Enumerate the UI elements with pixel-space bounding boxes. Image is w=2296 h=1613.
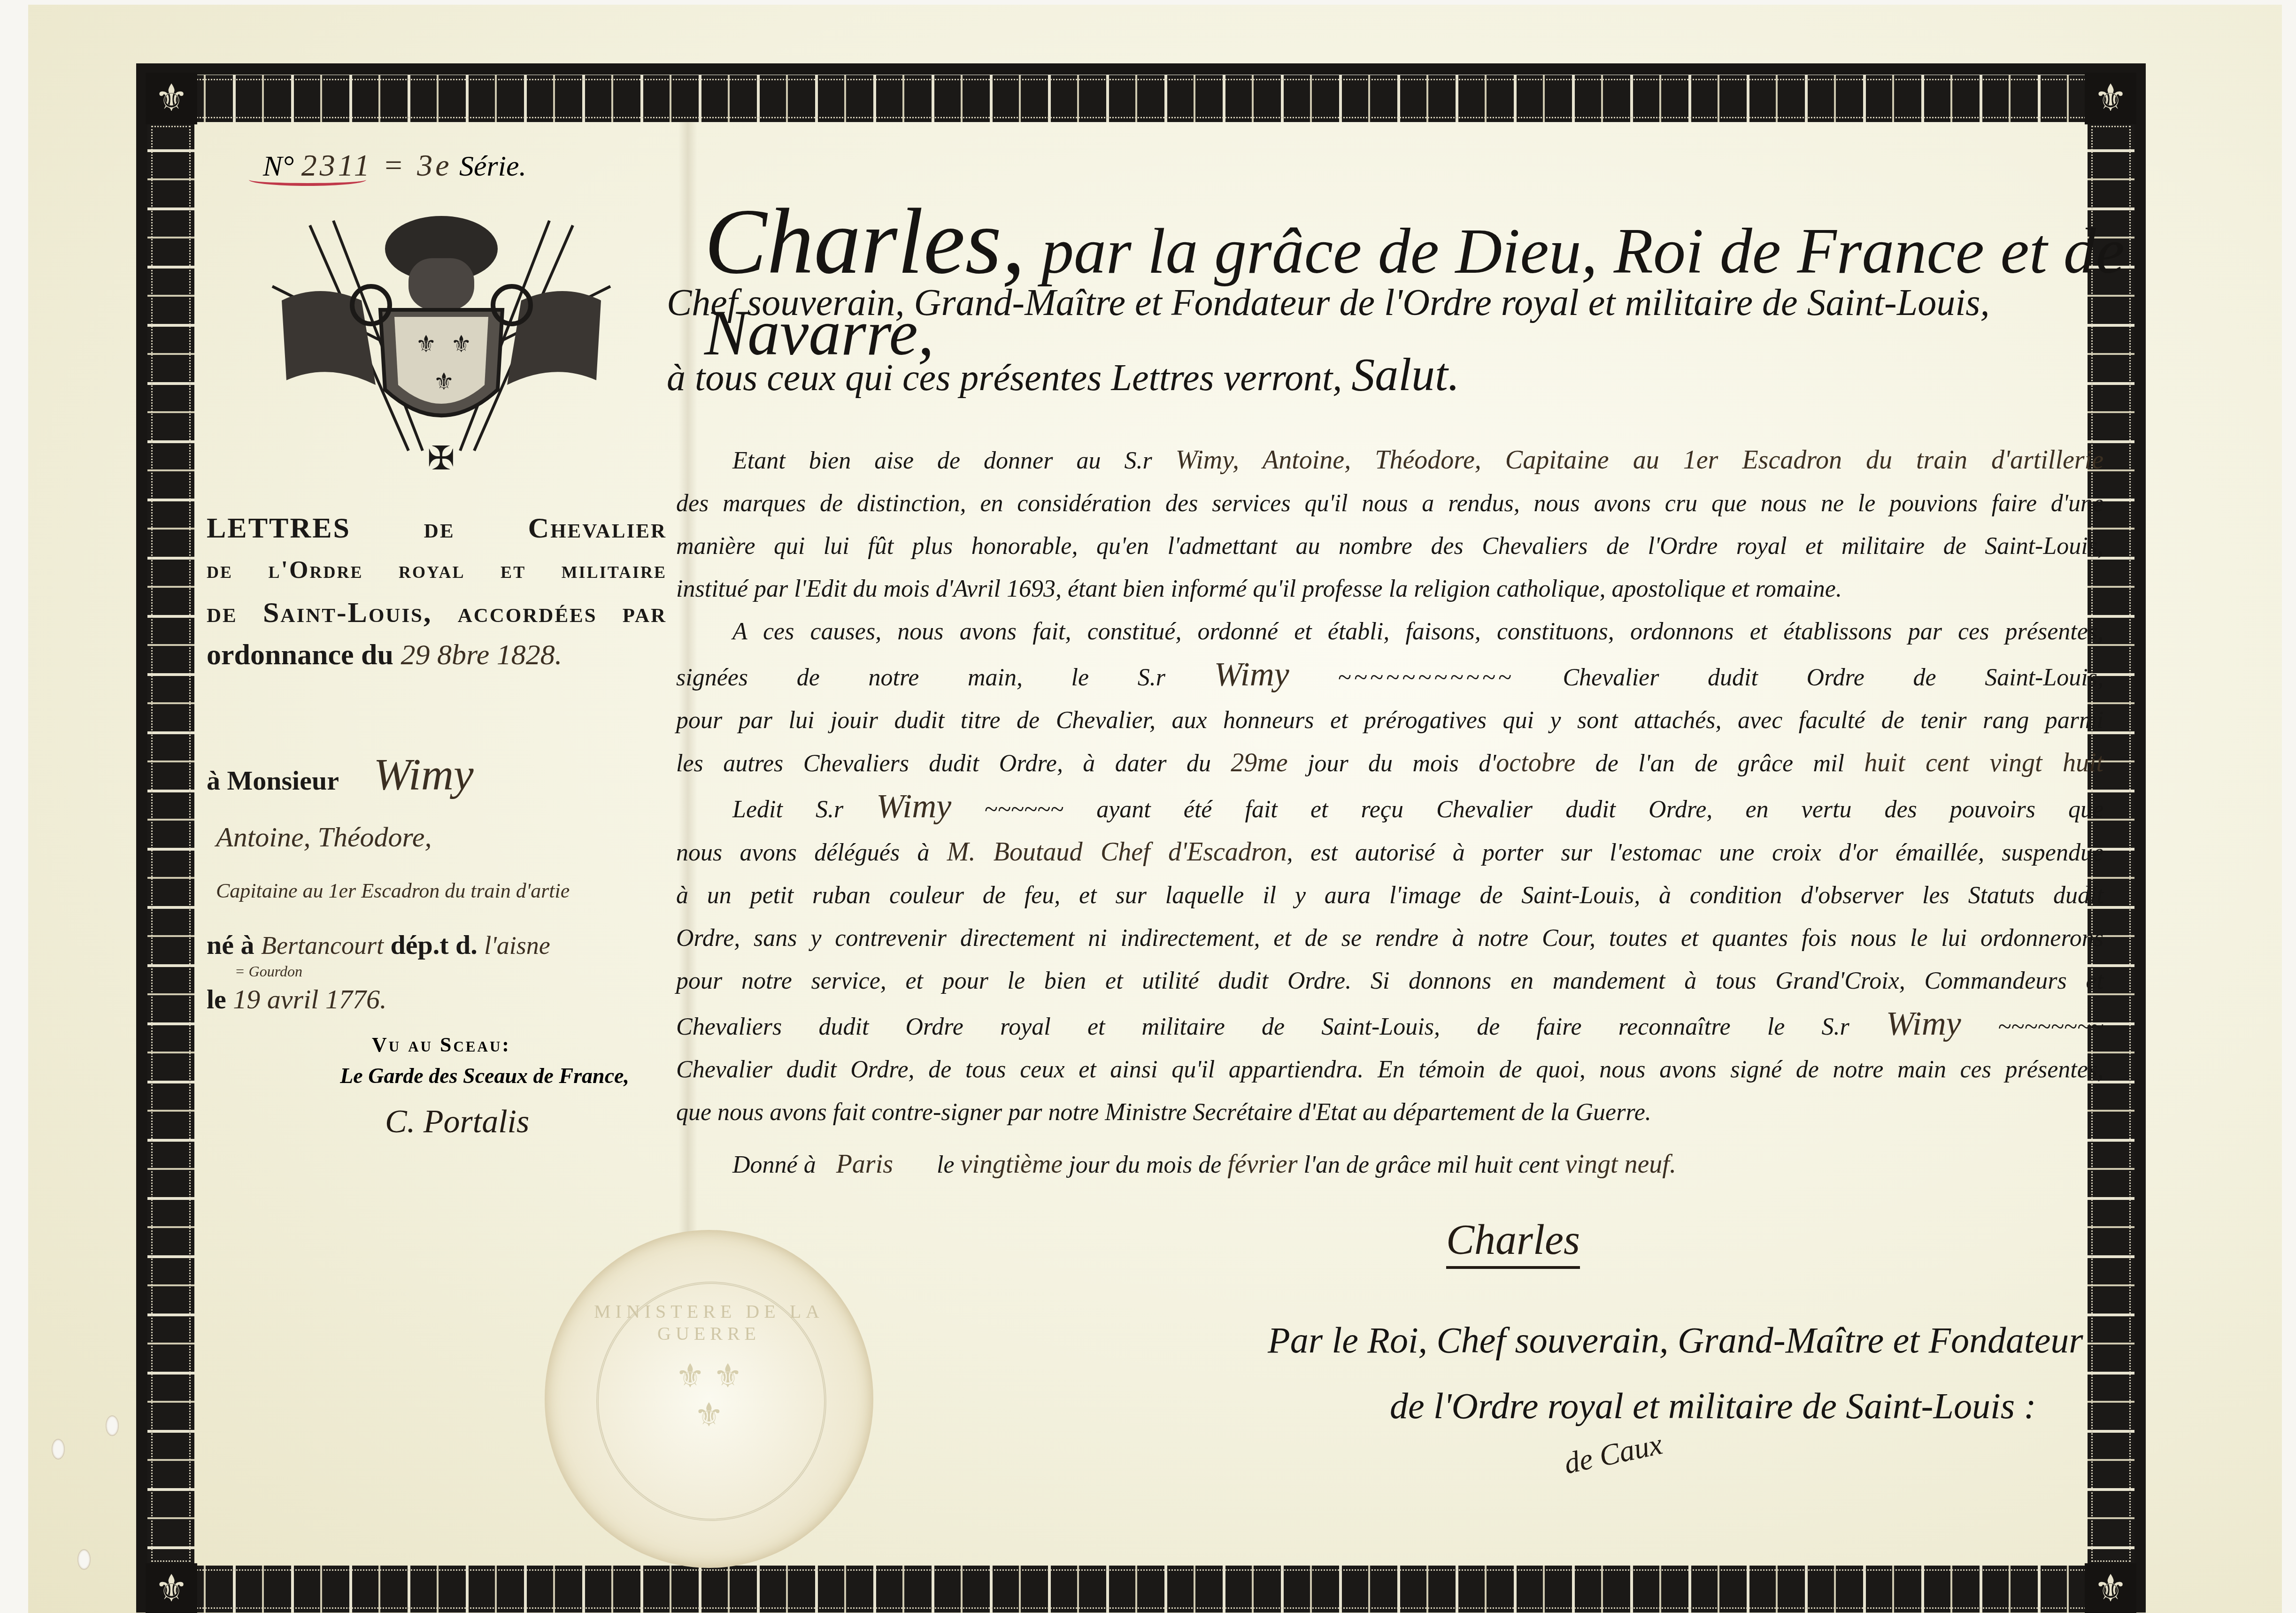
keeper-signature: C. Portalis: [385, 1103, 529, 1141]
svg-text:✠: ✠: [427, 441, 455, 477]
letters-title-block: LETTRES de Chevalier de l'Ordre royal et…: [207, 507, 667, 676]
embossed-paper-seal: ⚜ ⚜⚜ MINISTERE DE LA GUERRE: [545, 1230, 873, 1568]
recipient-given-names: Antoine, Théodore,: [207, 809, 667, 865]
fleur-de-lis-corner-icon: ⚜: [146, 1563, 197, 1613]
birth-date-label: le: [207, 984, 226, 1014]
body-line: nous avons délégués à M. Boutaud Chef d'…: [676, 831, 2103, 874]
handwritten-fill: Wimy, Antoine, Théodore, Capitaine au 1e…: [1176, 445, 2103, 475]
greek-key-border-bottom: [147, 1566, 2134, 1613]
handwritten-fill: Wimy: [1214, 655, 1289, 693]
salut-word: Salut.: [1351, 348, 1460, 400]
department-value: l'aisne: [484, 931, 550, 960]
birth-date: 19 avril 1776.: [233, 984, 386, 1014]
fleur-de-lis-corner-icon: ⚜: [2085, 73, 2136, 124]
salutation-text: à tous ceux qui ces présentes Lettres ve…: [667, 357, 1342, 399]
order-title-line: Chef souverain, Grand-Maître et Fondateu…: [667, 282, 1990, 324]
royal-coat-of-arms-icon: ⚜ ⚜ ⚜ ✠: [254, 207, 629, 479]
body-line: Chevaliers dudit Ordre royal et militair…: [676, 1002, 2103, 1048]
body-line: manière qui lui fût plus honorable, qu'e…: [676, 525, 2103, 568]
fleur-de-lis-corner-icon: ⚜: [146, 73, 197, 124]
body-line: Ledit S.r Wimy ~~~~~~ ayant été fait et …: [676, 785, 2103, 831]
letters-title-line-1: LETTRES de Chevalier: [207, 507, 667, 549]
handwritten-fill: février: [1227, 1150, 1297, 1179]
handwritten-fill: Wimy: [876, 787, 951, 825]
punch-hole: [77, 1549, 91, 1570]
body-line: Chevalier dudit Ordre, de tous ceux et a…: [676, 1048, 2103, 1091]
red-underline-flourish: [249, 174, 366, 186]
handwritten-fill: Wimy: [1886, 1005, 1961, 1042]
handwritten-fill: vingtième: [961, 1150, 1063, 1179]
king-name: Charles,: [704, 190, 1025, 293]
salutation-line: à tous ceux qui ces présentes Lettres ve…: [667, 347, 1460, 401]
given-at-line: Donné à Paris le vingtième jour du mois …: [676, 1143, 2103, 1186]
letter-body: Etant bien aise de donner au S.r Wimy, A…: [676, 439, 2103, 1186]
greek-key-border-top: [147, 75, 2134, 122]
svg-text:⚜: ⚜: [451, 331, 472, 357]
body-line: pour notre service, et pour le bien et u…: [676, 960, 2103, 1002]
recipient-rank: Capitaine au 1er Escadron du train d'art…: [207, 865, 667, 917]
body-line: les autres Chevaliers dudit Ordre, à dat…: [676, 742, 2103, 785]
letters-title-line-2: de l'Ordre royal et militaire: [207, 549, 667, 591]
fleur-de-lis-corner-icon: ⚜: [2085, 1563, 2136, 1613]
recipient-surname: Wimy: [373, 749, 473, 799]
body-line: signées de notre main, le S.r Wimy ~~~~~…: [676, 653, 2103, 699]
svg-text:⚜: ⚜: [416, 331, 437, 357]
royal-title-line: Charles, par la grâce de Dieu, Roi de Fr…: [704, 188, 2296, 370]
body-line: des marques de distinction, en considéra…: [676, 482, 2103, 525]
body-line: institué par l'Edit du mois d'Avril 1693…: [676, 568, 2103, 610]
born-label: né à: [207, 929, 254, 960]
handwritten-fill: Paris: [836, 1150, 893, 1179]
fleur-de-lis-icon: ⚜ ⚜⚜: [545, 1357, 873, 1435]
handwritten-fill: M. Boutaud Chef d'Escadron: [947, 837, 1287, 867]
monsieur-label: à Monsieur: [207, 765, 339, 796]
king-signature: Charles: [1446, 1216, 1580, 1269]
countersign-line-2: de l'Ordre royal et militaire de Saint-L…: [1390, 1385, 2036, 1427]
body-line: Etant bien aise de donner au S.r Wimy, A…: [676, 439, 2103, 482]
body-line: à un petit ruban couleur de feu, et sur …: [676, 874, 2103, 917]
punch-hole: [52, 1439, 65, 1459]
recipient-block: à Monsieur Wimy Antoine, Théodore, Capit…: [207, 746, 667, 1021]
department-label: dép.t d.: [390, 929, 477, 960]
handwritten-fill: huit cent vingt huit: [1864, 748, 2103, 777]
serial-suffix: Série.: [459, 150, 526, 182]
seal-legend: MINISTERE DE LA GUERRE: [545, 1300, 873, 1344]
body-line: A ces causes, nous avons fait, constitué…: [676, 610, 2103, 653]
letters-title-line-3: de Saint-Louis, accordées par: [207, 591, 667, 634]
body-line: que nous avons fait contre-signer par no…: [676, 1091, 2103, 1134]
greek-key-border-left: [147, 122, 194, 1566]
keeper-of-seals-label: Le Garde des Sceaux de France,: [207, 1063, 629, 1088]
ordonnance-label: ordonnance du: [207, 639, 393, 671]
birthplace: Bertancourt: [261, 931, 384, 960]
body-line: pour par lui jouir dudit titre de Cheval…: [676, 699, 2103, 742]
handwritten-fill: 29me: [1231, 748, 1287, 777]
ordonnance-date: 29 8bre 1828.: [401, 639, 562, 671]
punch-hole: [106, 1415, 119, 1436]
svg-text:⚜: ⚜: [433, 369, 455, 395]
countersign-line-1: Par le Roi, Chef souverain, Grand-Maître…: [1268, 1319, 2083, 1361]
seal-viewed-label: Vu au Sceau:: [282, 1033, 601, 1057]
body-line: Ordre, sans y contrevenir directement ni…: [676, 917, 2103, 960]
handwritten-fill: octobre: [1496, 748, 1575, 777]
handwritten-fill: vingt neuf.: [1565, 1150, 1676, 1179]
